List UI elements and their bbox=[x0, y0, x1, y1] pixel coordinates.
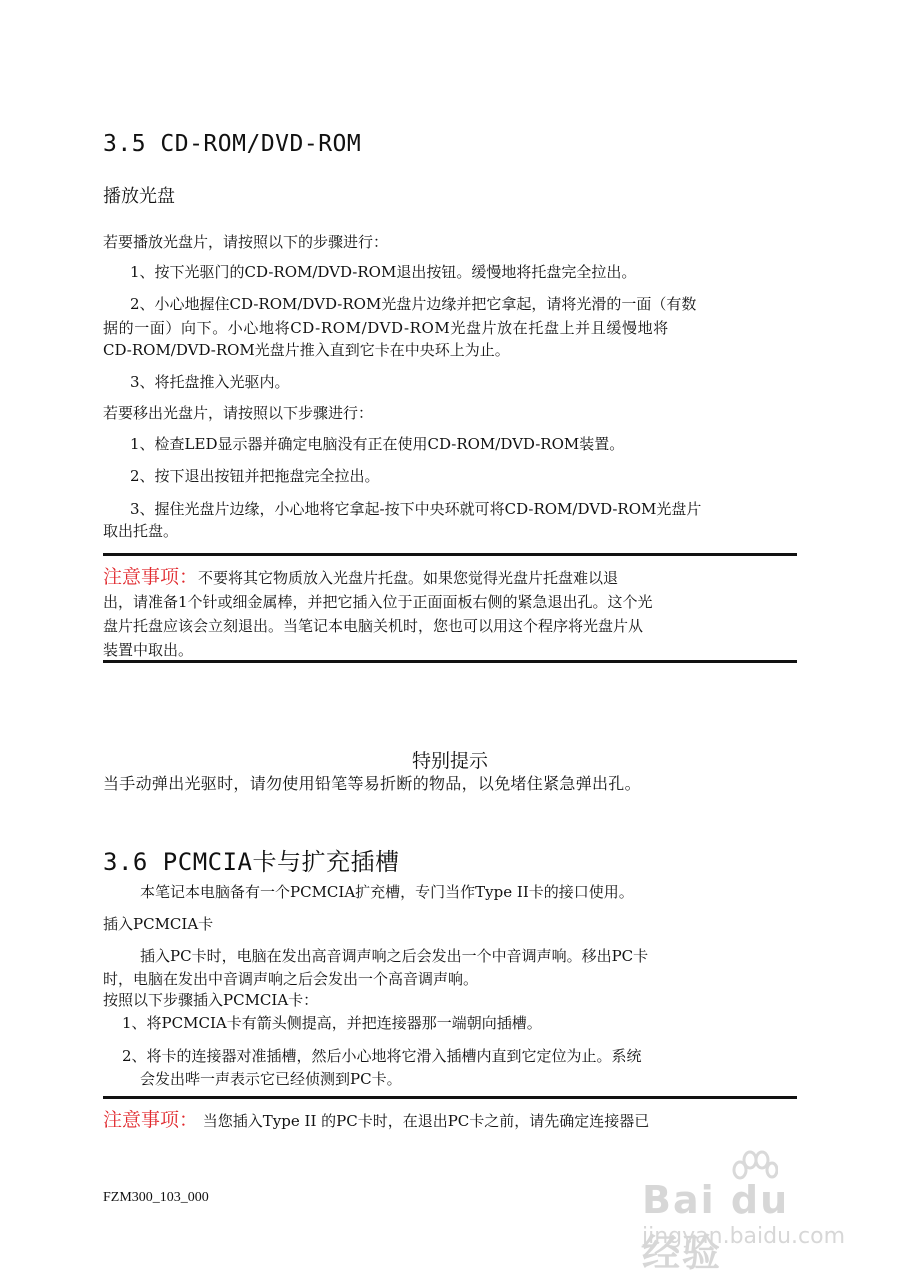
notice-line: 盘片托盘应该会立刻退出。当笔记本电脑关机时，您也可以用这个程序将光盘片从 bbox=[103, 614, 803, 638]
insert-step-cont: 会发出哔一声表示它已经侦测到PC卡。 bbox=[140, 1069, 402, 1089]
notice-box-2: 注意事项： 当您插入Type II 的PC卡时，在退出PC卡之前，请先确定连接器… bbox=[103, 1108, 649, 1133]
divider bbox=[103, 660, 797, 663]
play-step-cont: CD-ROM/DVD-ROM光盘片推入直到它卡在中央环上为止。 bbox=[103, 340, 510, 360]
play-step: 1、按下光驱门的CD-ROM/DVD-ROM退出按钮。缓慢地将托盘完全拉出。 bbox=[130, 262, 636, 282]
paragraph-line: 插入PC卡时，电脑在发出高音调声响之后会发出一个中音调声响。移出PC卡 bbox=[140, 946, 648, 966]
play-step: 2、小心地握住CD-ROM/DVD-ROM光盘片边缘并把它拿起，请将光滑的一面（… bbox=[130, 294, 696, 314]
section-35-subtitle: 播放光盘 bbox=[103, 182, 175, 208]
play-step: 3、将托盘推入光驱内。 bbox=[130, 372, 290, 392]
remove-step: 3、握住光盘片边缘，小心地将它拿起-按下中央环就可将CD-ROM/DVD-ROM… bbox=[130, 499, 701, 519]
notice-line: 装置中取出。 bbox=[103, 638, 803, 662]
special-tip-title: 特别提示 bbox=[0, 746, 900, 773]
watermark-url: jingyan.baidu.com bbox=[642, 1224, 845, 1249]
section-36-title: 3.6 PCMCIA卡与扩充插槽 bbox=[103, 842, 400, 877]
notice-line: 出，请准备1个针或细金属棒，并把它插入位于正面面板右侧的紧急退出孔。这个光 bbox=[103, 590, 803, 614]
doc-code: FZM300_103_000 bbox=[103, 1190, 209, 1206]
section-36-intro: 本笔记本电脑备有一个PCMCIA扩充槽，专门当作Type II卡的接口使用。 bbox=[140, 882, 634, 902]
notice-box: 注意事项：不要将其它物质放入光盘片托盘。如果您觉得光盘片托盘难以退 出，请准备1… bbox=[103, 565, 803, 662]
play-intro: 若要播放光盘片，请按照以下的步骤进行： bbox=[103, 232, 388, 252]
divider bbox=[103, 1096, 797, 1099]
steps-intro: 按照以下步骤插入PCMCIA卡： bbox=[103, 990, 318, 1010]
special-tip-text: 当手动弹出光驱时，请勿使用铅笔等易折断的物品，以免堵住紧急弹出孔。 bbox=[103, 774, 641, 794]
insert-step: 2、将卡的连接器对准插槽，然后小心地将它滑入插槽内直到它定位为止。系统 bbox=[122, 1046, 642, 1066]
notice-line: 不要将其它物质放入光盘片托盘。如果您觉得光盘片托盘难以退 bbox=[198, 569, 618, 587]
baidu-watermark: Bai du 经验 jingyan.baidu.com bbox=[640, 1150, 840, 1260]
notice-text: 当您插入Type II 的PC卡时，在退出PC卡之前，请先确定连接器已 bbox=[203, 1112, 650, 1130]
divider bbox=[103, 553, 797, 556]
insert-step: 1、将PCMCIA卡有箭头侧提高，并把连接器那一端朝向插槽。 bbox=[122, 1013, 542, 1033]
notice-label: 注意事项： bbox=[103, 566, 198, 588]
notice-label: 注意事项： bbox=[103, 1109, 198, 1131]
play-step-cont: 据的一面）向下。小心地将CD-ROM/DVD-ROM光盘片放在托盘上并且缓慢地将 bbox=[103, 318, 669, 338]
section-35-title: 3.5 CD-ROM/DVD-ROM bbox=[103, 131, 361, 157]
remove-step: 2、按下退出按钮并把拖盘完全拉出。 bbox=[130, 466, 380, 486]
remove-step: 1、检查LED显示器并确定电脑没有正在使用CD-ROM/DVD-ROM装置。 bbox=[130, 434, 624, 454]
remove-intro: 若要移出光盘片，请按照以下步骤进行： bbox=[103, 403, 373, 423]
remove-step-cont: 取出托盘。 bbox=[103, 521, 178, 541]
section-36-subtitle: 插入PCMCIA卡 bbox=[103, 914, 213, 934]
paragraph-line: 时，电脑在发出中音调声响之后会发出一个高音调声响。 bbox=[103, 969, 478, 989]
